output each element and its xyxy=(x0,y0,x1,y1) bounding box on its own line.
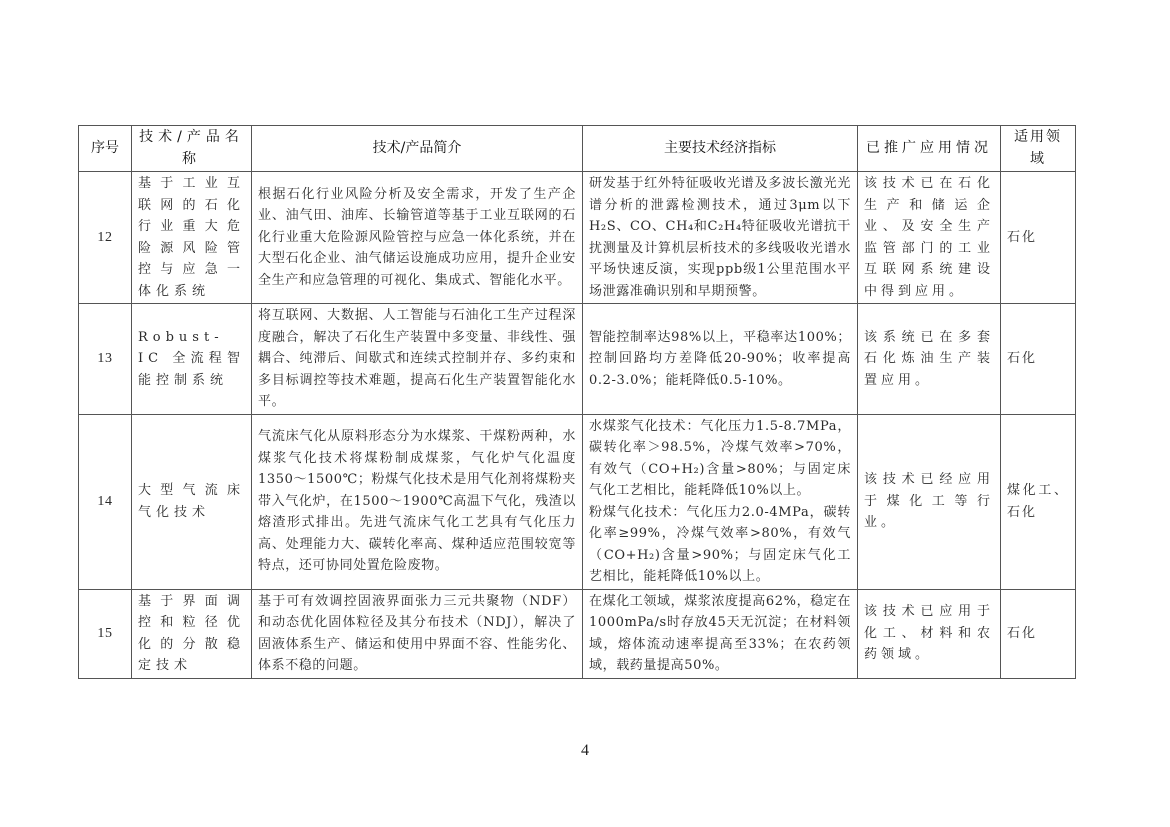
row-seq: 15 xyxy=(79,589,132,678)
row-seq: 13 xyxy=(79,304,132,415)
row-intro: 根据石化行业风险分析及安全需求，开发了生产企业、油气田、油库、长输管道等基于工业… xyxy=(252,172,583,304)
table-header-row: 序号 技术/产品名称 技术/产品简介 主要技术经济指标 已推广应用情况 适用领域 xyxy=(79,126,1076,172)
row-applied: 该技术已应用于化工、材料和农药领域。 xyxy=(858,589,1001,678)
row-name: 基于界面调控和粒径优化的分散稳定技术 xyxy=(132,589,252,678)
header-name: 技术/产品名称 xyxy=(132,126,252,172)
row-domain: 石化 xyxy=(1001,304,1076,415)
table-row: 14 大型气流床气化技术 气流床气化从原料形态分为水煤浆、干煤粉两种，水煤浆气化… xyxy=(79,414,1076,589)
page-number: 4 xyxy=(0,742,1170,760)
row-name: Robust-IC 全流程智能控制系统 xyxy=(132,304,252,415)
row-name: 大型气流床气化技术 xyxy=(132,414,252,589)
row-intro: 基于可有效调控固液界面张力三元共聚物（NDF）和动态优化固体粒径及其分布技术（N… xyxy=(252,589,583,678)
metrics-water-slurry: 水煤浆气化技术：气化压力1.5-8.7MPa，碳转化率＞98.5%，冷煤气效率>… xyxy=(589,416,851,502)
table-row: 15 基于界面调控和粒径优化的分散稳定技术 基于可有效调控固液界面张力三元共聚物… xyxy=(79,589,1076,678)
row-domain: 煤化工、石化 xyxy=(1001,414,1076,589)
header-domain: 适用领域 xyxy=(1001,126,1076,172)
header-applied: 已推广应用情况 xyxy=(858,126,1001,172)
technology-catalog-table: 序号 技术/产品名称 技术/产品简介 主要技术经济指标 已推广应用情况 适用领域… xyxy=(78,125,1076,679)
row-applied: 该技术已在石化生产和储运企业、及安全生产监管部门的工业互联网系统建设中得到应用。 xyxy=(858,172,1001,304)
row-applied: 该系统已在多套石化炼油生产装置应用。 xyxy=(858,304,1001,415)
header-seq: 序号 xyxy=(79,126,132,172)
row-metrics: 研发基于红外特征吸收光谱及多波长激光光谱分析的泄露检测技术，通过3μm以下H₂S… xyxy=(583,172,858,304)
table-row: 12 基于工业互联网的石化行业重大危险源风险管控与应急一体化系统 根据石化行业风… xyxy=(79,172,1076,304)
row-seq: 14 xyxy=(79,414,132,589)
row-metrics: 智能控制率达98%以上，平稳率达100%；控制回路均方差降低20-90%；收率提… xyxy=(583,304,858,415)
row-metrics: 水煤浆气化技术：气化压力1.5-8.7MPa，碳转化率＞98.5%，冷煤气效率>… xyxy=(583,414,858,589)
row-domain: 石化 xyxy=(1001,589,1076,678)
row-domain: 石化 xyxy=(1001,172,1076,304)
row-intro: 将互联网、大数据、人工智能与石油化工生产过程深度融合，解决了石化生产装置中多变量… xyxy=(252,304,583,415)
metrics-pulverized-coal: 粉煤气化技术：气化压力2.0-4MPa，碳转化率≥99%，冷煤气效率>80%，有… xyxy=(589,502,851,588)
row-seq: 12 xyxy=(79,172,132,304)
header-metrics: 主要技术经济指标 xyxy=(583,126,858,172)
header-intro: 技术/产品简介 xyxy=(252,126,583,172)
row-name: 基于工业互联网的石化行业重大危险源风险管控与应急一体化系统 xyxy=(132,172,252,304)
table-row: 13 Robust-IC 全流程智能控制系统 将互联网、大数据、人工智能与石油化… xyxy=(79,304,1076,415)
row-metrics: 在煤化工领域，煤浆浓度提高62%，稳定在1000mPa/s时存放45天无沉淀；在… xyxy=(583,589,858,678)
row-applied: 该技术已经应用于煤化工等行业。 xyxy=(858,414,1001,589)
row-intro: 气流床气化从原料形态分为水煤浆、干煤粉两种，水煤浆气化技术将煤粉制成煤浆，气化炉… xyxy=(252,414,583,589)
